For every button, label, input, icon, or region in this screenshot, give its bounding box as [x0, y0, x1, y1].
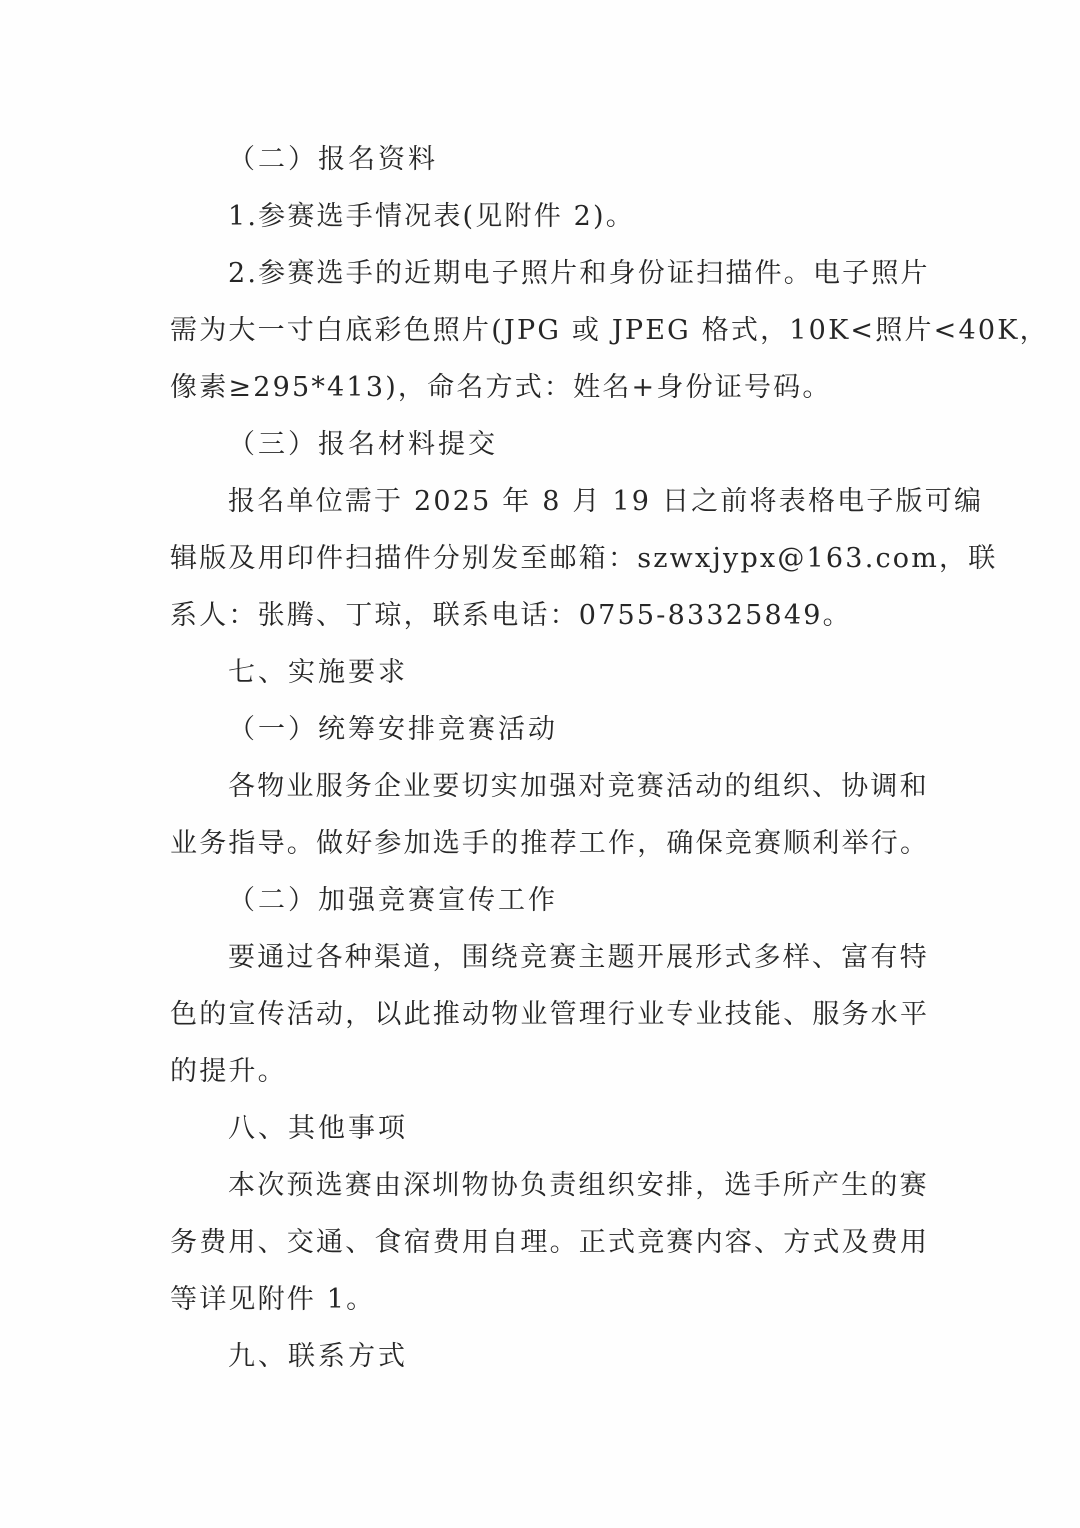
section-heading-registration-materials: （二）报名资料 [228, 143, 988, 177]
paragraph-line: 各物业服务企业要切实加强对竞赛活动的组织、协调和 [228, 770, 988, 804]
subsection-heading-publicity: （二）加强竞赛宣传工作 [228, 884, 988, 918]
document-page: （二）报名资料 1.参赛选手情况表(见附件 2)。 2.参赛选手的近期电子照片和… [0, 0, 1080, 1528]
paragraph-line: 等详见附件 1。 [170, 1283, 930, 1317]
paragraph-line-email: 辑版及用印件扫描件分别发至邮箱：szwxjypx@163.com，联 [170, 542, 930, 576]
subsection-heading-coordinate-activities: （一）统筹安排竞赛活动 [228, 713, 988, 747]
paragraph-line: 业务指导。做好参加选手的推荐工作，确保竞赛顺利举行。 [170, 827, 930, 861]
section-heading-other-matters: 八、其他事项 [228, 1112, 988, 1146]
section-heading-contact: 九、联系方式 [228, 1340, 988, 1374]
section-heading-implementation-requirements: 七、实施要求 [228, 656, 988, 690]
paragraph-line: 要通过各种渠道，围绕竞赛主题开展形式多样、富有特 [228, 941, 988, 975]
paragraph-line: 本次预选赛由深圳物协负责组织安排，选手所产生的赛 [228, 1169, 988, 1203]
paragraph-line: 报名单位需于 2025 年 8 月 19 日之前将表格电子版可编 [228, 485, 988, 519]
paragraph-line: 2.参赛选手的近期电子照片和身份证扫描件。电子照片 [228, 257, 988, 291]
paragraph-line: 色的宣传活动，以此推动物业管理行业专业技能、服务水平 [170, 998, 930, 1032]
paragraph-line-phone: 系人：张腾、丁琼，联系电话：0755-83325849。 [170, 599, 930, 633]
paragraph-line: 需为大一寸白底彩色照片(JPG 或 JPEG 格式，10K<照片<40K， [170, 314, 930, 348]
paragraph-line: 务费用、交通、食宿费用自理。正式竞赛内容、方式及费用 [170, 1226, 930, 1260]
paragraph-line: 1.参赛选手情况表(见附件 2)。 [228, 200, 988, 234]
paragraph-line: 的提升。 [170, 1055, 930, 1089]
section-heading-material-submission: （三）报名材料提交 [228, 428, 988, 462]
paragraph-line: 像素≥295*413)，命名方式：姓名+身份证号码。 [170, 371, 930, 405]
